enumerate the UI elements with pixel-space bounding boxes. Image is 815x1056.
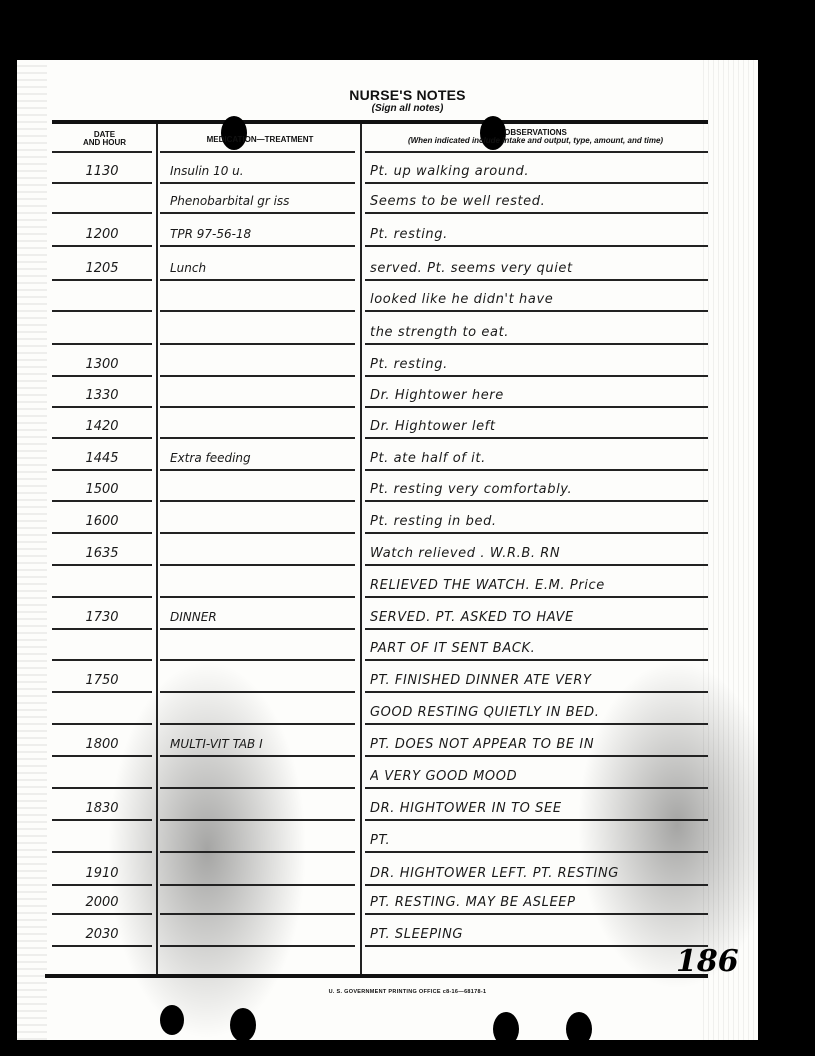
header-hour-line: AND HOUR bbox=[52, 139, 157, 147]
entry-observation: Pt. resting. bbox=[370, 227, 715, 242]
row-rule bbox=[160, 245, 355, 247]
entry-medication: Lunch bbox=[170, 261, 355, 275]
entry-medication: Extra feeding bbox=[170, 451, 355, 465]
row-rule bbox=[52, 913, 152, 915]
entry-time: 1300 bbox=[62, 357, 142, 372]
row-rule bbox=[52, 628, 152, 630]
row-rule bbox=[52, 500, 152, 502]
entry-observation: PT. bbox=[370, 833, 715, 848]
row-rule bbox=[52, 884, 152, 886]
entry-observation: PT. RESTING. MAY BE ASLEEP bbox=[370, 895, 715, 910]
row-rule bbox=[365, 851, 708, 853]
row-rule bbox=[365, 182, 708, 184]
row-rule bbox=[52, 723, 152, 725]
row-rule bbox=[52, 310, 152, 312]
entry-time: 1830 bbox=[62, 801, 142, 816]
entry-medication: DINNER bbox=[170, 610, 355, 624]
row-rule bbox=[365, 755, 708, 757]
entry-medication: Insulin 10 u. bbox=[170, 164, 355, 178]
row-rule bbox=[160, 723, 355, 725]
entry-observation: GOOD RESTING QUIETLY IN BED. bbox=[370, 705, 715, 720]
punch-hole bbox=[160, 1005, 184, 1035]
row-rule bbox=[160, 628, 355, 630]
row-rule bbox=[52, 245, 152, 247]
row-rule bbox=[160, 913, 355, 915]
row-rule bbox=[365, 375, 708, 377]
form-title: NURSE'S NOTES bbox=[0, 87, 815, 103]
row-rule bbox=[52, 469, 152, 471]
row-rule bbox=[52, 532, 152, 534]
header-observations-note: (When indicated include intake and outpu… bbox=[363, 137, 708, 145]
row-rule bbox=[160, 532, 355, 534]
entry-time: 1910 bbox=[62, 866, 142, 881]
row-rule bbox=[365, 596, 708, 598]
row-rule bbox=[160, 279, 355, 281]
header-medication: MEDICATION—TREATMENT bbox=[160, 136, 360, 144]
row-rule bbox=[52, 564, 152, 566]
row-rule bbox=[365, 819, 708, 821]
entry-time: 1330 bbox=[62, 388, 142, 403]
entry-time: 1420 bbox=[62, 419, 142, 434]
row-rule bbox=[365, 723, 708, 725]
row-rule bbox=[365, 564, 708, 566]
entry-observation: the strength to eat. bbox=[370, 325, 715, 340]
entry-observation: Dr. Hightower here bbox=[370, 388, 715, 403]
entry-time: 1750 bbox=[62, 673, 142, 688]
row-rule bbox=[52, 437, 152, 439]
row-rule bbox=[365, 310, 708, 312]
entry-observation: PT. SLEEPING bbox=[370, 927, 715, 942]
row-rule bbox=[52, 212, 152, 214]
row-rule bbox=[160, 564, 355, 566]
header-underline bbox=[52, 151, 152, 153]
row-rule bbox=[52, 343, 152, 345]
entry-observation: Pt. up walking around. bbox=[370, 164, 715, 179]
header-date-hour: DATE AND HOUR bbox=[52, 131, 157, 147]
entry-observation: Dr. Hightower left bbox=[370, 419, 715, 434]
row-rule bbox=[365, 659, 708, 661]
row-rule bbox=[52, 279, 152, 281]
row-rule bbox=[52, 659, 152, 661]
row-rule bbox=[160, 945, 355, 947]
entry-time: 2030 bbox=[62, 927, 142, 942]
entry-observation: Pt. ate half of it. bbox=[370, 451, 715, 466]
row-rule bbox=[160, 596, 355, 598]
entry-observation: Seems to be well rested. bbox=[370, 194, 715, 209]
row-rule bbox=[365, 884, 708, 886]
row-rule bbox=[160, 343, 355, 345]
entry-observation: A VERY GOOD MOOD bbox=[370, 769, 715, 784]
entry-time: 1600 bbox=[62, 514, 142, 529]
row-rule bbox=[52, 596, 152, 598]
entry-observation: DR. HIGHTOWER IN TO SEE bbox=[370, 801, 715, 816]
row-rule bbox=[160, 851, 355, 853]
entry-time: 1635 bbox=[62, 546, 142, 561]
header-underline bbox=[160, 151, 355, 153]
punch-hole bbox=[493, 1012, 519, 1046]
entry-observation: served. Pt. seems very quiet bbox=[370, 261, 715, 276]
row-rule bbox=[365, 279, 708, 281]
entry-time: 1205 bbox=[62, 261, 142, 276]
column-divider bbox=[360, 124, 362, 974]
bottom-rule bbox=[45, 974, 708, 978]
row-rule bbox=[160, 691, 355, 693]
row-rule bbox=[52, 375, 152, 377]
row-rule bbox=[365, 343, 708, 345]
row-rule bbox=[160, 659, 355, 661]
row-rule bbox=[365, 691, 708, 693]
row-rule bbox=[52, 819, 152, 821]
row-rule bbox=[160, 500, 355, 502]
column-divider bbox=[156, 124, 158, 974]
row-rule bbox=[365, 469, 708, 471]
header-observations: OBSERVATIONS (When indicated include int… bbox=[363, 129, 708, 145]
entry-observation: SERVED. PT. ASKED TO HAVE bbox=[370, 610, 715, 625]
row-rule bbox=[365, 245, 708, 247]
entry-observation: Watch relieved . W.R.B. RN bbox=[370, 546, 715, 561]
row-rule bbox=[365, 437, 708, 439]
printer-imprint: U. S. GOVERNMENT PRINTING OFFICE c8-16—6… bbox=[0, 989, 815, 995]
punch-hole bbox=[230, 1008, 256, 1042]
entry-observation: looked like he didn't have bbox=[370, 292, 715, 307]
entry-observation: DR. HIGHTOWER LEFT. PT. RESTING bbox=[370, 866, 715, 881]
entry-observation: PT. DOES NOT APPEAR TO BE IN bbox=[370, 737, 715, 752]
punch-hole bbox=[221, 116, 247, 150]
row-rule bbox=[160, 310, 355, 312]
row-rule bbox=[160, 469, 355, 471]
row-rule bbox=[160, 755, 355, 757]
row-rule bbox=[365, 945, 708, 947]
row-rule bbox=[160, 212, 355, 214]
row-rule bbox=[365, 406, 708, 408]
entry-time: 1200 bbox=[62, 227, 142, 242]
row-rule bbox=[160, 182, 355, 184]
row-rule bbox=[365, 787, 708, 789]
row-rule bbox=[160, 437, 355, 439]
form-subtitle: (Sign all notes) bbox=[0, 103, 815, 114]
row-rule bbox=[52, 851, 152, 853]
row-rule bbox=[160, 375, 355, 377]
row-rule bbox=[52, 787, 152, 789]
entry-observation: RELIEVED THE WATCH. E.M. Price bbox=[370, 578, 715, 593]
entry-observation: Pt. resting in bed. bbox=[370, 514, 715, 529]
entry-observation: Pt. resting. bbox=[370, 357, 715, 372]
row-rule bbox=[52, 691, 152, 693]
page-number: 186 bbox=[676, 944, 739, 979]
entry-observation: PART OF IT SENT BACK. bbox=[370, 641, 715, 656]
row-rule bbox=[52, 182, 152, 184]
entry-observation: PT. FINISHED DINNER ATE VERY bbox=[370, 673, 715, 688]
entry-time: 1500 bbox=[62, 482, 142, 497]
entry-time: 2000 bbox=[62, 895, 142, 910]
entry-time: 1730 bbox=[62, 610, 142, 625]
row-rule bbox=[160, 787, 355, 789]
entry-time: 1800 bbox=[62, 737, 142, 752]
row-rule bbox=[160, 819, 355, 821]
row-rule bbox=[365, 532, 708, 534]
row-rule bbox=[365, 628, 708, 630]
entry-medication: TPR 97-56-18 bbox=[170, 227, 355, 241]
header-underline bbox=[365, 151, 708, 153]
entry-observation: Pt. resting very comfortably. bbox=[370, 482, 715, 497]
top-rule bbox=[52, 120, 708, 124]
row-rule bbox=[52, 755, 152, 757]
row-rule bbox=[52, 406, 152, 408]
row-rule bbox=[160, 406, 355, 408]
row-rule bbox=[160, 884, 355, 886]
row-rule bbox=[365, 913, 708, 915]
entry-medication: Phenobarbital gr iss bbox=[170, 194, 355, 208]
row-rule bbox=[365, 500, 708, 502]
row-rule bbox=[52, 945, 152, 947]
entry-medication: MULTI-VIT TAB I bbox=[170, 737, 355, 751]
punch-hole bbox=[566, 1012, 592, 1046]
entry-time: 1445 bbox=[62, 451, 142, 466]
row-rule bbox=[365, 212, 708, 214]
entry-time: 1130 bbox=[62, 164, 142, 179]
